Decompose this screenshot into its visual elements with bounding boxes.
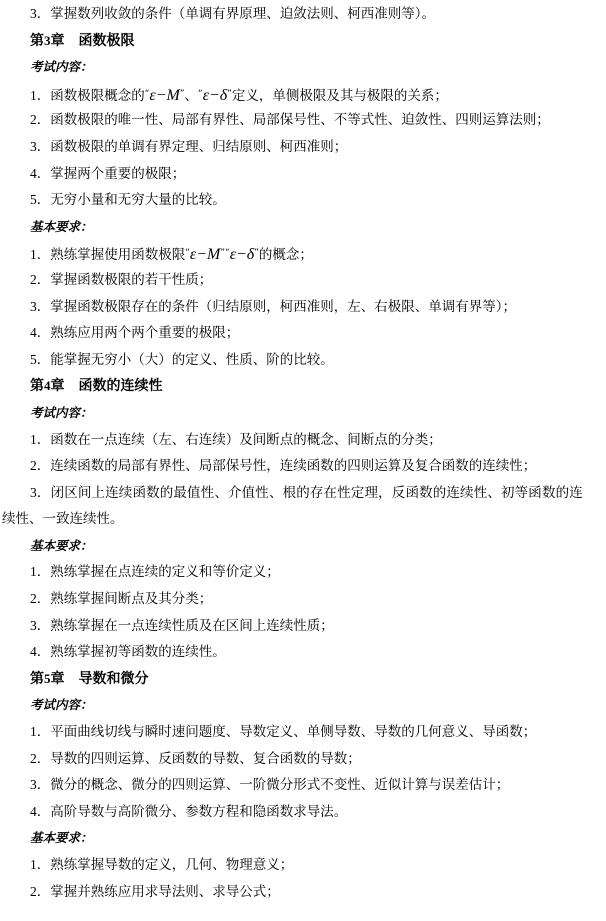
item-text: 定义，单侧极限及其与极限的关系； <box>232 88 448 104</box>
item-number: 3． <box>30 6 50 21</box>
list-item: 2．熟练掌握间断点及其分类； <box>0 586 606 613</box>
item-number: 3． <box>30 618 50 633</box>
section-heading: 基本要求： <box>0 214 606 241</box>
list-item: 3．微分的概念、微分的四则运算、一阶微分形式不变性、近似计算与误差估计； <box>0 772 606 799</box>
item-text: 的概念； <box>259 247 313 263</box>
item-number: 1． <box>30 564 50 579</box>
item-number: 3． <box>30 777 50 792</box>
item-number: 5． <box>30 192 50 207</box>
chapter-prefix: 第 <box>30 33 44 49</box>
chapter-title: 导数和微分 <box>79 671 149 687</box>
item-text: 连续函数的局部有界性、局部保号性，连续函数的四则运算及复合函数的连续性； <box>50 458 536 474</box>
section-heading: 基本要求： <box>0 533 606 560</box>
item-text: 导数的四则运算、反函数的导数、复合函数的导数； <box>50 751 361 767</box>
list-item: 3．闭区间上连续函数的最值性、介值性、根的存在性定理，反函数的连续性、初等函数的… <box>0 480 606 507</box>
item-text: 函数极限的唯一性、局部有界性、局部保号性、不等式性、迫敛性、四则运算法则； <box>50 112 550 128</box>
list-item-continuation: 续性、一致连续性。 <box>0 506 606 533</box>
item-text: 能掌握无穷小（大）的定义、性质、阶的比较。 <box>50 352 334 368</box>
list-item: 5．无穷小量和无穷大量的比较。 <box>0 187 606 214</box>
item-text: 高阶导数与高阶微分、参数方程和隐函数求导法。 <box>50 804 347 820</box>
item-number: 4． <box>30 644 50 659</box>
item-text: 微分的概念、微分的四则运算、一阶微分形式不变性、近似计算与误差估计； <box>50 777 509 793</box>
item-number: 1． <box>30 88 50 103</box>
list-item: 1．函数在一点连续（左、右连续）及间断点的概念、间断点的分类； <box>0 427 606 454</box>
item-number: 2． <box>30 272 50 287</box>
chapter-title: 函数极限 <box>79 33 135 49</box>
item-text: 函数极限的单调有界定理、归结原则、柯西准则； <box>50 139 347 155</box>
chapter-heading: 第5章导数和微分 <box>0 666 606 693</box>
list-item: 4．高阶导数与高阶微分、参数方程和隐函数求导法。 <box>0 799 606 826</box>
item-text: 熟练应用两个两个重要的极限； <box>50 325 239 341</box>
list-item: 1．熟练掌握使用函数极限“ε−M”“ε−δ”的概念； <box>0 240 606 267</box>
item-text: 函数极限概念的 <box>50 88 145 104</box>
chapter-prefix: 第 <box>30 378 44 394</box>
list-item: 5．能掌握无穷小（大）的定义、性质、阶的比较。 <box>0 347 606 374</box>
list-item: 4．熟练掌握初等函数的连续性。 <box>0 639 606 666</box>
quote-mark: ”“ <box>220 248 229 258</box>
item-text: 熟练掌握初等函数的连续性。 <box>50 644 226 660</box>
chapter-title: 函数的连续性 <box>79 378 163 394</box>
item-text: 掌握数列收敛的条件（单调有界原理、迫敛法则、柯西准则等）。 <box>50 6 435 22</box>
chapter-suffix: 章 <box>51 378 65 394</box>
item-text: 闭区间上连续函数的最值性、介值性、根的存在性定理，反函数的连续性、初等函数的连 <box>51 485 583 501</box>
item-number: 2． <box>30 751 50 766</box>
list-item: 1．函数极限概念的“ε−M”、“ε−δ”定义，单侧极限及其与极限的关系； <box>0 81 606 108</box>
list-item: 4．熟练应用两个两个重要的极限； <box>0 320 606 347</box>
math-epsilon-m: ε−M <box>149 87 179 104</box>
item-number: 1． <box>30 724 50 739</box>
list-item: 3．掌握函数极限存在的条件（归结原则，柯西准则，左、右极限、单调有界等）； <box>0 294 606 321</box>
list-item: 3．掌握数列收敛的条件（单调有界原理、迫敛法则、柯西准则等）。 <box>0 1 606 28</box>
item-text: 掌握函数极限的若干性质； <box>50 272 212 288</box>
section-heading: 基本要求： <box>0 825 606 852</box>
item-number: 3． <box>30 485 51 500</box>
item-text: 掌握函数极限存在的条件（归结原则，柯西准则，左、右极限、单调有界等）； <box>50 299 516 315</box>
item-text: 掌握并熟练应用求导法则、求导公式； <box>50 884 280 900</box>
item-number: 3． <box>30 139 50 154</box>
chapter-prefix: 第 <box>30 671 44 687</box>
chapter-suffix: 章 <box>51 671 65 687</box>
list-item: 3．函数极限的单调有界定理、归结原则、柯西准则； <box>0 134 606 161</box>
math-epsilon-m: ε−M <box>190 246 220 263</box>
list-item: 3．熟练掌握在一点连续性质及在区间上连续性质； <box>0 613 606 640</box>
list-item: 1．熟练掌握在点连续的定义和等价定义； <box>0 559 606 586</box>
item-number: 4． <box>30 804 50 819</box>
list-item: 2．导数的四则运算、反函数的导数、复合函数的导数； <box>0 746 606 773</box>
list-item: 1．平面曲线切线与瞬时速问题度、导数定义、单侧导数、导数的几何意义、导函数； <box>0 719 606 746</box>
item-text: 熟练掌握导数的定义，几何、物理意义； <box>50 857 293 873</box>
document-page: 3．掌握数列收敛的条件（单调有界原理、迫敛法则、柯西准则等）。 第3章函数极限 … <box>0 1 606 905</box>
item-number: 2． <box>30 591 50 606</box>
section-heading: 考试内容： <box>0 400 606 427</box>
item-number: 2． <box>30 112 50 127</box>
list-item: 1．熟练掌握导数的定义，几何、物理意义； <box>0 852 606 879</box>
list-item: 2．函数极限的唯一性、局部有界性、局部保号性、不等式性、迫敛性、四则运算法则； <box>0 107 606 134</box>
list-item: 2．连续函数的局部有界性、局部保号性，连续函数的四则运算及复合函数的连续性； <box>0 453 606 480</box>
item-number: 1． <box>30 432 50 447</box>
list-item: 2．掌握并熟练应用求导法则、求导公式； <box>0 879 606 906</box>
item-number: 4． <box>30 166 50 181</box>
item-number: 5． <box>30 352 50 367</box>
item-text: 熟练掌握间断点及其分类； <box>50 591 212 607</box>
item-number: 1． <box>30 247 50 262</box>
math-epsilon-delta: ε−δ <box>230 246 255 263</box>
item-text: 熟练掌握在一点连续性质及在区间上连续性质； <box>50 618 334 634</box>
item-text: 无穷小量和无穷大量的比较。 <box>50 192 226 208</box>
item-text: 掌握两个重要的极限； <box>50 166 185 182</box>
item-number: 3． <box>30 299 50 314</box>
separator: 、 <box>185 88 199 104</box>
list-item: 4．掌握两个重要的极限； <box>0 161 606 188</box>
section-heading: 考试内容： <box>0 692 606 719</box>
chapter-heading: 第4章函数的连续性 <box>0 373 606 400</box>
chapter-suffix: 章 <box>51 33 65 49</box>
item-number: 1． <box>30 857 50 872</box>
math-epsilon-delta: ε−δ <box>203 87 228 104</box>
item-text: 熟练掌握使用函数极限 <box>50 247 185 263</box>
item-number: 4． <box>30 325 50 340</box>
chapter-heading: 第3章函数极限 <box>0 28 606 55</box>
list-item: 2．掌握函数极限的若干性质； <box>0 267 606 294</box>
item-number: 2． <box>30 884 50 899</box>
item-number: 2． <box>30 458 50 473</box>
item-text: 熟练掌握在点连续的定义和等价定义； <box>50 564 280 580</box>
item-text: 函数在一点连续（左、右连续）及间断点的概念、间断点的分类； <box>50 432 442 448</box>
section-heading: 考试内容： <box>0 54 606 81</box>
item-text: 平面曲线切线与瞬时速问题度、导数定义、单侧导数、导数的几何意义、导函数； <box>50 724 536 740</box>
